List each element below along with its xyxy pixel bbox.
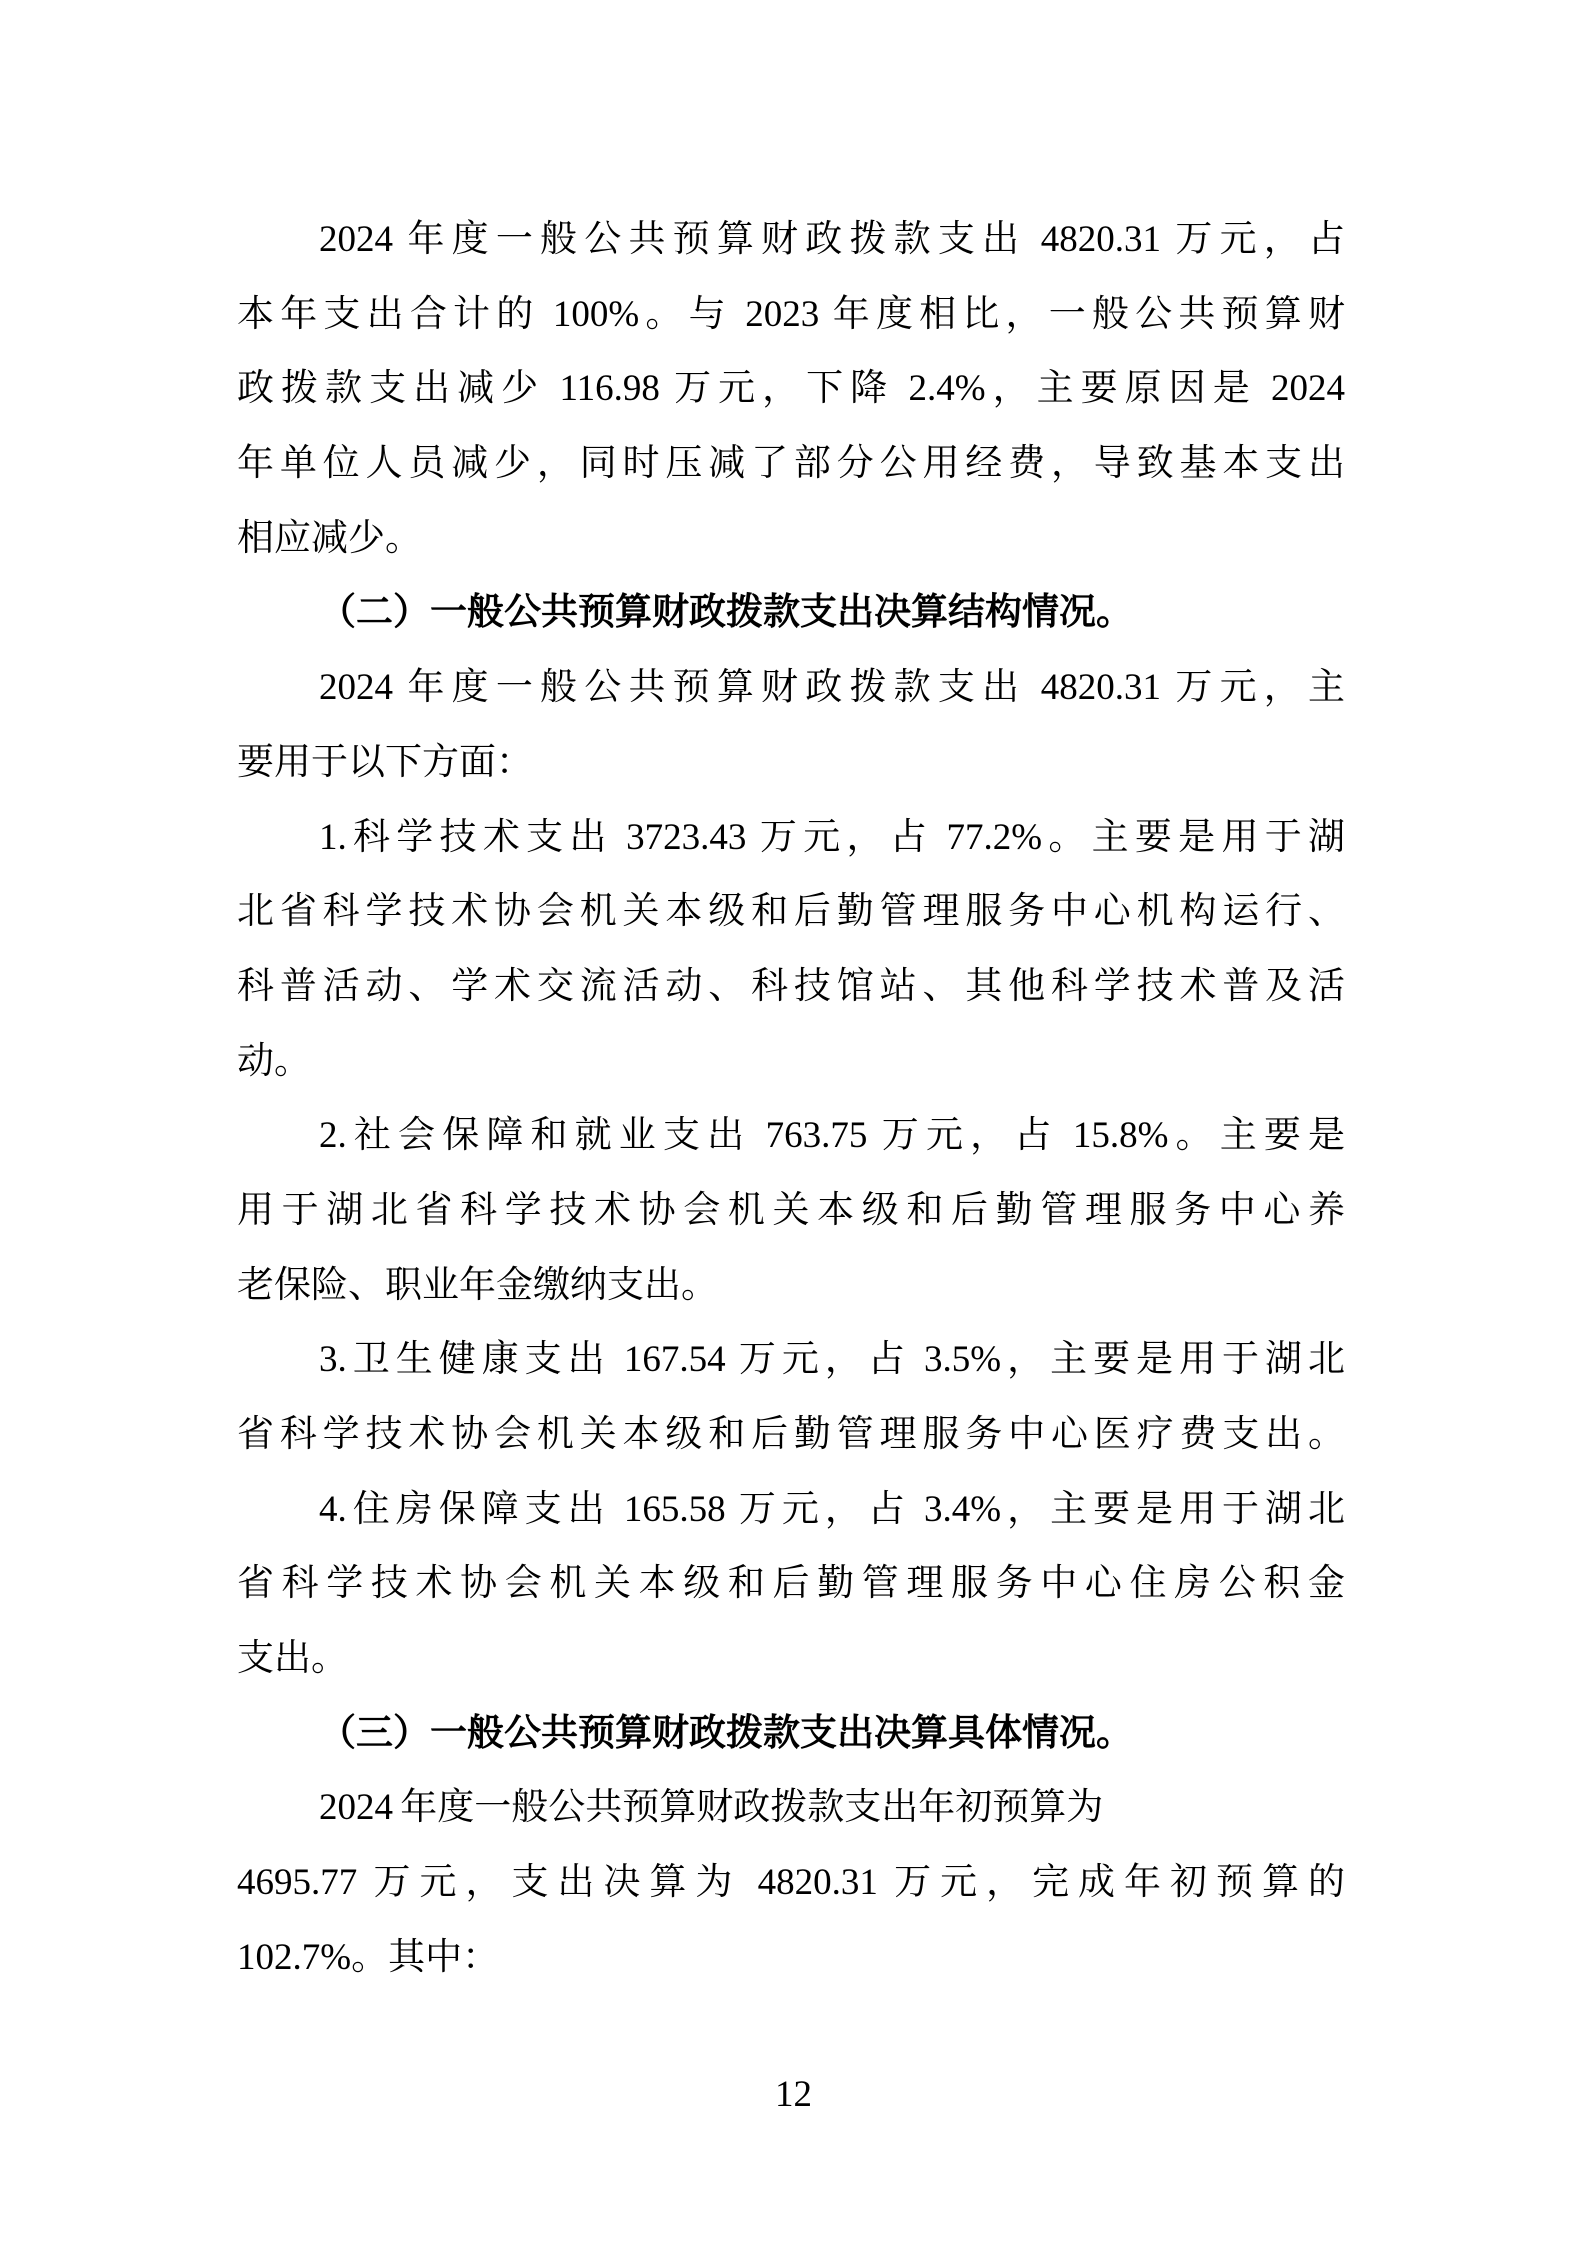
text-line: 北省科学技术协会机关本级和后勤管理服务中心机构运行、 [237, 875, 1345, 950]
text-line: 4.住房保障支出 165.58 万元，占 3.4%，主要是用于湖北 [237, 1473, 1345, 1548]
text-line: 1.科学技术支出 3723.43 万元，占 77.2%。主要是用于湖 [237, 801, 1345, 876]
text-line: 2024 年度一般公共预算财政拨款支出年初预算为 [237, 1771, 1345, 1846]
paragraph-3: 2024 年度一般公共预算财政拨款支出年初预算为 4695.77 万元，支出决算… [237, 1771, 1345, 1995]
text-line: 本年支出合计的 100%。与 2023 年度相比，一般公共预算财 [237, 278, 1345, 353]
paragraph-item-2: 2.社会保障和就业支出 763.75 万元，占 15.8%。主要是 用于湖北省科… [237, 1099, 1345, 1323]
heading-line: （二）一般公共预算财政拨款支出决算结构情况。 [237, 576, 1345, 651]
text-line: 科普活动、学术交流活动、科技馆站、其他科学技术普及活 [237, 950, 1345, 1025]
text-line: 3.卫生健康支出 167.54 万元，占 3.5%，主要是用于湖北 [237, 1323, 1345, 1398]
text-line: 支出。 [237, 1622, 1345, 1697]
text-line: 省科学技术协会机关本级和后勤管理服务中心医疗费支出。 [237, 1398, 1345, 1473]
section-heading-2: （二）一般公共预算财政拨款支出决算结构情况。 [237, 576, 1345, 651]
text-column: 2024 年度一般公共预算财政拨款支出 4820.31 万元，占 本年支出合计的… [237, 203, 1345, 1996]
text-line: 年单位人员减少，同时压减了部分公用经费，导致基本支出 [237, 427, 1345, 502]
section-heading-3: （三）一般公共预算财政拨款支出决算具体情况。 [237, 1697, 1345, 1772]
text-line: 2.社会保障和就业支出 763.75 万元，占 15.8%。主要是 [237, 1099, 1345, 1174]
paragraph-item-4: 4.住房保障支出 165.58 万元，占 3.4%，主要是用于湖北 省科学技术协… [237, 1473, 1345, 1697]
text-line: 4695.77 万元，支出决算为 4820.31 万元，完成年初预算的 [237, 1846, 1345, 1921]
text-line: 2024 年度一般公共预算财政拨款支出 4820.31 万元，占 [237, 203, 1345, 278]
text-line: 省科学技术协会机关本级和后勤管理服务中心住房公积金 [237, 1547, 1345, 1622]
heading-line: （三）一般公共预算财政拨款支出决算具体情况。 [237, 1697, 1345, 1772]
paragraph-item-1: 1.科学技术支出 3723.43 万元，占 77.2%。主要是用于湖 北省科学技… [237, 801, 1345, 1100]
document-page: 2024 年度一般公共预算财政拨款支出 4820.31 万元，占 本年支出合计的… [0, 0, 1587, 2245]
text-line: 要用于以下方面： [237, 726, 1345, 801]
text-line: 政拨款支出减少 116.98 万元，下降 2.4%，主要原因是 2024 [237, 352, 1345, 427]
text-line: 102.7%。其中： [237, 1921, 1345, 1996]
paragraph-item-3: 3.卫生健康支出 167.54 万元，占 3.5%，主要是用于湖北 省科学技术协… [237, 1323, 1345, 1472]
paragraph-2: 2024 年度一般公共预算财政拨款支出 4820.31 万元，主 要用于以下方面… [237, 651, 1345, 800]
text-line: 用于湖北省科学技术协会机关本级和后勤管理服务中心养 [237, 1174, 1345, 1249]
text-line: 动。 [237, 1025, 1345, 1100]
paragraph-1: 2024 年度一般公共预算财政拨款支出 4820.31 万元，占 本年支出合计的… [237, 203, 1345, 576]
page-number: 12 [0, 2067, 1587, 2123]
text-line: 老保险、职业年金缴纳支出。 [237, 1249, 1345, 1324]
text-line: 2024 年度一般公共预算财政拨款支出 4820.31 万元，主 [237, 651, 1345, 726]
text-line: 相应减少。 [237, 502, 1345, 577]
